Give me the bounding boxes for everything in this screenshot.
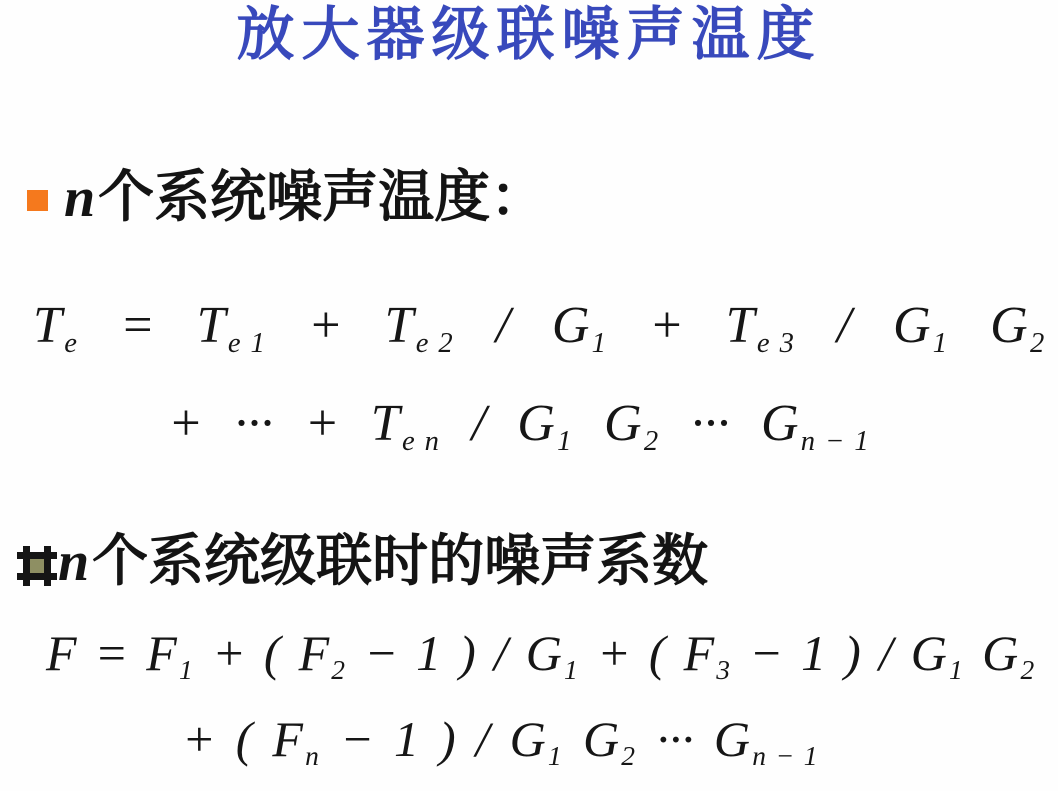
- formula-token: (: [236, 714, 253, 764]
- formula-token: G1: [526, 628, 579, 678]
- formula-token: Gn − 1: [714, 714, 819, 764]
- formula-noise-figure-line-1: F=F1+(F2−1)/G1+(F3−1)/G1G2: [46, 628, 1036, 678]
- formula-token: Gn − 1: [761, 398, 870, 450]
- formula-token: /: [879, 628, 893, 678]
- bullet-2-label: 个系统级联时的噪声系数: [92, 531, 708, 593]
- formula-token: F3: [684, 628, 732, 678]
- formula-token: ···: [234, 398, 273, 450]
- formula-noise-temperature-line-2: +···+Te n/G1G2···Gn − 1: [168, 398, 870, 450]
- formula-token: 1: [394, 714, 419, 764]
- formula-token: G1: [510, 714, 563, 764]
- formula-token: −: [749, 628, 783, 678]
- formula-token: −: [340, 714, 374, 764]
- formula-token: G2: [990, 300, 1046, 352]
- formula-token: +: [168, 398, 203, 450]
- formula-token: +: [304, 398, 339, 450]
- bullet-2-text: n个系统级联时的噪声系数: [58, 534, 708, 590]
- formula-token: G1: [911, 628, 964, 678]
- formula-token: F2: [299, 628, 347, 678]
- slide: 放大器级联噪声温度 n个系统噪声温度： Te=Te 1+Te 2/G1+Te 3…: [0, 0, 1058, 791]
- formula-token: ···: [656, 714, 694, 764]
- formula-token: F: [46, 628, 77, 678]
- formula-token: F1: [146, 628, 194, 678]
- formula-token: Fn: [272, 714, 320, 764]
- formula-token: G2: [583, 714, 636, 764]
- formula-token: /: [472, 398, 486, 450]
- formula-token: +: [597, 628, 631, 678]
- formula-token: =: [95, 628, 129, 678]
- formula-token: +: [212, 628, 246, 678]
- frame-bullet-bar: [44, 546, 51, 586]
- bullet-1-label: 个系统噪声温度：: [98, 167, 546, 229]
- formula-token: (: [264, 628, 281, 678]
- formula-noise-temperature-line-1: Te=Te 1+Te 2/G1+Te 3/G1G2: [33, 300, 1046, 352]
- formula-token: ): [459, 628, 476, 678]
- frame-bullet-bar: [23, 546, 30, 586]
- formula-noise-figure-line-2: +(Fn−1)/G1G2···Gn − 1: [182, 714, 819, 764]
- formula-token: ): [844, 628, 861, 678]
- formula-token: −: [364, 628, 398, 678]
- formula-token: /: [476, 714, 490, 764]
- formula-token: +: [182, 714, 216, 764]
- formula-token: Te n: [371, 398, 441, 450]
- formula-token: +: [649, 300, 684, 352]
- formula-token: 1: [416, 628, 441, 678]
- slide-title: 放大器级联噪声温度: [0, 3, 1058, 67]
- formula-token: G2: [982, 628, 1035, 678]
- formula-token: (: [649, 628, 666, 678]
- formula-token: G1: [552, 300, 608, 352]
- formula-token: G2: [604, 398, 660, 450]
- formula-token: G1: [893, 300, 949, 352]
- formula-token: Te: [33, 300, 78, 352]
- formula-token: =: [120, 300, 155, 352]
- formula-token: ): [439, 714, 456, 764]
- bullet-1-text: n个系统噪声温度：: [64, 170, 546, 226]
- frame-bullet-icon: [17, 546, 57, 586]
- formula-token: /: [837, 300, 851, 352]
- formula-token: Te 2: [385, 300, 455, 352]
- formula-token: /: [494, 628, 508, 678]
- formula-token: Te 1: [197, 300, 267, 352]
- orange-square-bullet-icon: [27, 190, 48, 211]
- formula-token: Te 3: [726, 300, 796, 352]
- formula-token: +: [308, 300, 343, 352]
- formula-token: G1: [517, 398, 573, 450]
- formula-token: /: [496, 300, 510, 352]
- formula-token: ···: [691, 398, 730, 450]
- variable-n: n: [64, 167, 95, 229]
- formula-token: 1: [801, 628, 826, 678]
- variable-n: n: [58, 531, 89, 593]
